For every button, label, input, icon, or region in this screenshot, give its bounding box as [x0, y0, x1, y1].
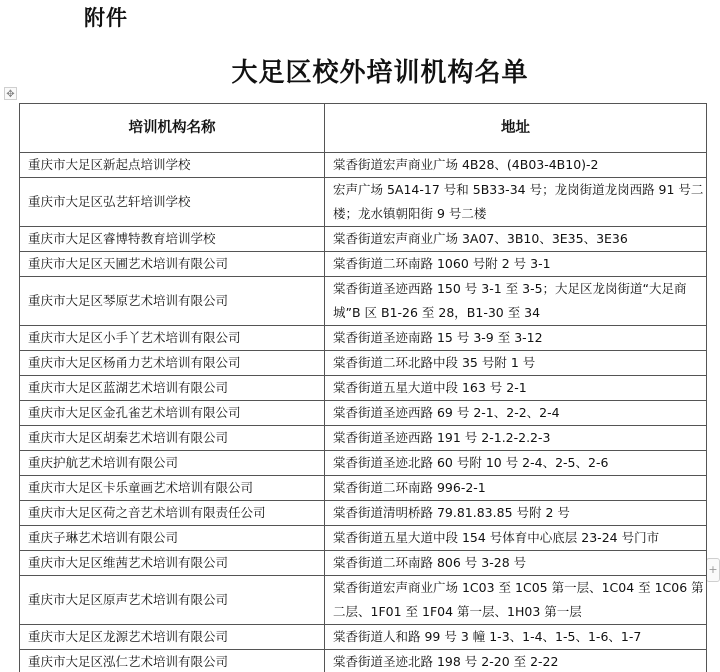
table-row: 重庆市大足区胡秦艺术培训有限公司棠香街道圣迹西路 191 号 2-1.2-2.2…: [20, 426, 707, 451]
table-row: 重庆市大足区金孔雀艺术培训有限公司棠香街道圣迹西路 69 号 2-1、2-2、2…: [20, 401, 707, 426]
table-row: 重庆市大足区弘艺轩培训学校宏声广场 5A14-17 号和 5B33-34 号；龙…: [20, 178, 707, 227]
institution-name-cell[interactable]: 重庆市大足区原声艺术培训有限公司: [20, 576, 325, 625]
address-cell[interactable]: 棠香街道清明桥路 79.81.83.85 号附 2 号: [325, 501, 707, 526]
institution-name-cell[interactable]: 重庆市大足区杨甬力艺术培训有限公司: [20, 351, 325, 376]
add-column-icon[interactable]: +: [706, 558, 720, 582]
address-cell[interactable]: 棠香街道圣迹西路 191 号 2-1.2-2.2-3: [325, 426, 707, 451]
table-move-handle-icon[interactable]: ✥: [4, 87, 17, 100]
address-cell[interactable]: 棠香街道圣迹南路 15 号 3-9 至 3-12: [325, 326, 707, 351]
address-cell[interactable]: 棠香街道宏声商业广场 4B28、(4B03-4B10)-2: [325, 153, 707, 178]
address-cell[interactable]: 棠香街道圣迹西路 150 号 3-1 至 3-5；大足区龙岗街道“大足商城”B …: [325, 277, 707, 326]
institution-name-cell[interactable]: 重庆市大足区荷之音艺术培训有限责任公司: [20, 501, 325, 526]
institutions-table: 培训机构名称 地址 重庆市大足区新起点培训学校棠香街道宏声商业广场 4B28、(…: [19, 103, 707, 672]
table-row: 重庆市大足区天圃艺术培训有限公司棠香街道二环南路 1060 号附 2 号 3-1: [20, 252, 707, 277]
institution-name-cell[interactable]: 重庆市大足区金孔雀艺术培训有限公司: [20, 401, 325, 426]
table-row: 重庆市大足区原声艺术培训有限公司棠香街道宏声商业广场 1C03 至 1C05 第…: [20, 576, 707, 625]
institution-name-cell[interactable]: 重庆市大足区天圃艺术培训有限公司: [20, 252, 325, 277]
institution-name-cell[interactable]: 重庆市大足区睿博特教育培训学校: [20, 227, 325, 252]
document-title: 大足区校外培训机构名单: [0, 52, 720, 89]
table-header-row: 培训机构名称 地址: [20, 104, 707, 153]
institution-name-cell[interactable]: 重庆市大足区维茜艺术培训有限公司: [20, 551, 325, 576]
institution-name-cell[interactable]: 重庆子琳艺术培训有限公司: [20, 526, 325, 551]
address-cell[interactable]: 棠香街道二环南路 1060 号附 2 号 3-1: [325, 252, 707, 277]
institution-name-cell[interactable]: 重庆市大足区龙源艺术培训有限公司: [20, 625, 325, 650]
institution-name-cell[interactable]: 重庆市大足区蓝湖艺术培训有限公司: [20, 376, 325, 401]
table-row: 重庆市大足区杨甬力艺术培训有限公司棠香街道二环北路中段 35 号附 1 号: [20, 351, 707, 376]
table-row: 重庆市大足区泓仁艺术培训有限公司棠香街道圣迹北路 198 号 2-20 至 2-…: [20, 650, 707, 672]
address-cell[interactable]: 棠香街道圣迹西路 69 号 2-1、2-2、2-4: [325, 401, 707, 426]
institution-name-cell[interactable]: 重庆市大足区弘艺轩培训学校: [20, 178, 325, 227]
table-row: 重庆市大足区荷之音艺术培训有限责任公司棠香街道清明桥路 79.81.83.85 …: [20, 501, 707, 526]
institution-name-cell[interactable]: 重庆市大足区新起点培训学校: [20, 153, 325, 178]
institution-name-cell[interactable]: 重庆市大足区琴原艺术培训有限公司: [20, 277, 325, 326]
table-row: 重庆市大足区龙源艺术培训有限公司棠香街道人和路 99 号 3 幢 1-3、1-4…: [20, 625, 707, 650]
institution-name-cell[interactable]: 重庆市大足区小手丫艺术培训有限公司: [20, 326, 325, 351]
address-cell[interactable]: 棠香街道人和路 99 号 3 幢 1-3、1-4、1-5、1-6、1-7: [325, 625, 707, 650]
table-row: 重庆市大足区卡乐童画艺术培训有限公司棠香街道二环南路 996-2-1: [20, 476, 707, 501]
header-institution-name: 培训机构名称: [20, 104, 325, 153]
address-cell[interactable]: 棠香街道宏声商业广场 3A07、3B10、3E35、3E36: [325, 227, 707, 252]
header-address: 地址: [325, 104, 707, 153]
address-cell[interactable]: 棠香街道五星大道中段 154 号体育中心底层 23-24 号门市: [325, 526, 707, 551]
table-row: 重庆市大足区睿博特教育培训学校棠香街道宏声商业广场 3A07、3B10、3E35…: [20, 227, 707, 252]
table-row: 重庆市大足区蓝湖艺术培训有限公司棠香街道五星大道中段 163 号 2-1: [20, 376, 707, 401]
address-cell[interactable]: 棠香街道二环南路 806 号 3-28 号: [325, 551, 707, 576]
institution-name-cell[interactable]: 重庆市大足区胡秦艺术培训有限公司: [20, 426, 325, 451]
address-cell[interactable]: 棠香街道五星大道中段 163 号 2-1: [325, 376, 707, 401]
address-cell[interactable]: 棠香街道二环南路 996-2-1: [325, 476, 707, 501]
address-cell[interactable]: 棠香街道二环北路中段 35 号附 1 号: [325, 351, 707, 376]
table-row: 重庆市大足区琴原艺术培训有限公司棠香街道圣迹西路 150 号 3-1 至 3-5…: [20, 277, 707, 326]
table-row: 重庆市大足区新起点培训学校棠香街道宏声商业广场 4B28、(4B03-4B10)…: [20, 153, 707, 178]
address-cell[interactable]: 宏声广场 5A14-17 号和 5B33-34 号；龙岗街道龙岗西路 91 号二…: [325, 178, 707, 227]
table-row: 重庆市大足区小手丫艺术培训有限公司棠香街道圣迹南路 15 号 3-9 至 3-1…: [20, 326, 707, 351]
institution-name-cell[interactable]: 重庆护航艺术培训有限公司: [20, 451, 325, 476]
institution-name-cell[interactable]: 重庆市大足区卡乐童画艺术培训有限公司: [20, 476, 325, 501]
attachment-label: 附件: [84, 2, 128, 32]
address-cell[interactable]: 棠香街道圣迹北路 198 号 2-20 至 2-22: [325, 650, 707, 672]
address-cell[interactable]: 棠香街道宏声商业广场 1C03 至 1C05 第一层、1C04 至 1C06 第…: [325, 576, 707, 625]
institution-name-cell[interactable]: 重庆市大足区泓仁艺术培训有限公司: [20, 650, 325, 672]
table-row: 重庆市大足区维茜艺术培训有限公司棠香街道二环南路 806 号 3-28 号: [20, 551, 707, 576]
table-row: 重庆子琳艺术培训有限公司棠香街道五星大道中段 154 号体育中心底层 23-24…: [20, 526, 707, 551]
table-row: 重庆护航艺术培训有限公司棠香街道圣迹北路 60 号附 10 号 2-4、2-5、…: [20, 451, 707, 476]
address-cell[interactable]: 棠香街道圣迹北路 60 号附 10 号 2-4、2-5、2-6: [325, 451, 707, 476]
